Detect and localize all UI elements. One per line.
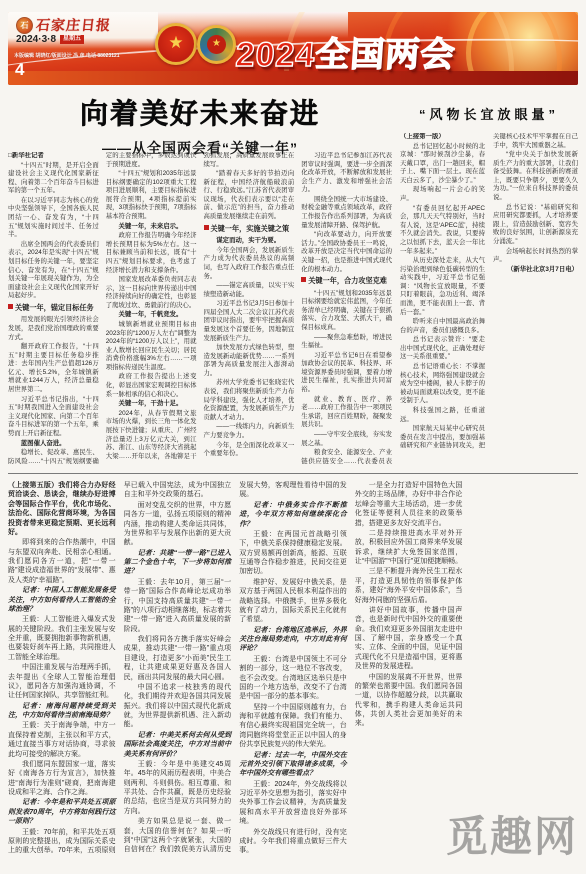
- article-paragraph: 王毅：在两国元首战略引领下，中俄关系保持健康稳定发展。双方贸易额再创新高，能源、…: [239, 530, 347, 577]
- article-paragraph: “十四五”时期，是开启全面建设社会主义现代化国家新征程、向着第二个百年奋斗目标进…: [8, 162, 99, 196]
- article-paragraph: 关键一年，合力攻坚克难: [301, 277, 392, 287]
- article-paragraph: 记者：中美关系何去何从受到国际社会高度关注，中方对当前中美关系有何评价？: [124, 731, 232, 759]
- article-paragraph: 记者：南海问题持续受到关注，中方如何看待当前南海局势？: [8, 702, 116, 721]
- article-paragraph: 二是持续推进高水平对外开放，积极回应外国工商界来华发展诉求，继续扩大免签国家范围…: [355, 529, 463, 567]
- article-paragraph: 习近平总书记指出，“十四五”时期我国进入全面建设社会主义现代化国家、向第二个百年…: [8, 396, 99, 439]
- newspaper-logo-icon: 石: [16, 17, 33, 34]
- section-divider: [8, 473, 578, 474]
- edition-info: 本版编辑 胡晓红/版面设计 冯 彦 电话 88023121: [14, 52, 120, 59]
- article-paragraph: 习近平总书记6日在看望参加政协会议的民革、科技界、环境资源界委员时强调，要着力增…: [301, 352, 392, 395]
- article-paragraph: 科技强国之路，任重道远。: [400, 407, 485, 424]
- article-paragraph: 中国注重发展与治理两手抓，去年提出《全球人工智能治理倡议》，愿同各方加强沟通协调…: [8, 663, 116, 701]
- article-paragraph: 记者：过去一年，中国外交在元首外交引领下取得诸多成果，今年中国外交有哪些看点？: [239, 751, 347, 779]
- article-paragraph: 蓝图催人奋进。: [8, 440, 99, 449]
- article-paragraph: 今年，是全面深化改革又一个重要年份。: [204, 442, 295, 459]
- article-paragraph: （上接第五版）我们将合力办好经贸洽谈会、恳谈会，继续办好进博会等国际合作平台，优…: [8, 481, 116, 537]
- article-paragraph: 政府工作报告提出上述变化，彰显出国家宏观调控目标体系一脉相承的信心和决心。: [106, 373, 197, 399]
- article-paragraph: “十四五”规划和2035年远景目标纲要绘就宏伟蓝图，今年任务清单已经明确，关键在…: [301, 290, 392, 333]
- article-paragraph: ——聚焦急难愁盼，增进民生福祉。: [301, 334, 392, 351]
- article-paragraph: 苏州大学党委书记张晓宏代表说，我们将聚焦新质生产力布局学科建设，强化人才培养，优…: [204, 379, 295, 422]
- weekday-badge: 星期五: [60, 35, 84, 44]
- article-paragraph: 习近平总书记参加江苏代表团审议时强调，要进一步全面深化改革开放，不断解放和发展社…: [301, 152, 392, 195]
- sidebar-article: “风物长宜放眼量” （上接第一版）总书记回忆起小时候的北京城：“那时候刮沙尘暴，…: [400, 96, 578, 468]
- article-paragraph: 我们将同各方携手落实好峰会成果，推动共建“一带一路”重点项目建设，打造更多“小而…: [124, 635, 232, 682]
- article-paragraph: 记者：今年是和平共处五项原则发表70周年，中方将如何践行这一原则？: [8, 798, 116, 826]
- article-paragraph: 会场响起长时间热烈的掌声。: [493, 248, 578, 265]
- article-paragraph: 总书记说：“基础研究和应用研究都要抓，人才培养要跟上，营造鼓励创新、宽容失败的良…: [493, 204, 578, 247]
- sidebar-article-title: “风物长宜放眼量”: [400, 104, 578, 123]
- article-paragraph: 在以习近平同志为核心的党中央坚强领导下，全国各族人民团结一心、奋发有为，“十四五…: [8, 197, 99, 240]
- event-title: 2024全国两会: [234, 27, 457, 76]
- article-paragraph: 总书记语重心长：不掌握核心技术，网络强国建设就会成为空中楼阁，被人卡脖子的被动局…: [400, 363, 485, 406]
- article-paragraph: 就业、教育、医疗、养老……政府工作报告中一项项民生承诺，回应百姓期盼，凝聚发展共…: [301, 396, 392, 430]
- article-paragraph: 总书记回忆起小时候的北京城：“那时候刮沙尘暴，春天戴口罩，出门一趟回来，帽子上、…: [400, 143, 485, 186]
- issue-date: 2024·3·8: [16, 34, 56, 45]
- section-marker-icon: [204, 225, 209, 230]
- article-paragraph: 记者：中国人工智能发展备受关注，中方如何看待人工智能的全球治理？: [8, 586, 116, 614]
- article-paragraph: 谋定而动，实干为要。: [204, 237, 295, 246]
- article-paragraph: 关键一年，干劲十足。: [106, 400, 197, 409]
- article-paragraph: 关键一年，千帆竞发。: [106, 311, 197, 320]
- article-paragraph: 记者：台湾地区选举后，外界关注台海局势走向，中方对此有何评论？: [239, 626, 347, 654]
- article-paragraph: 维护好、发展好中俄关系，是双方基于两国人民根本利益作出的战略选择。中俄携手，世界…: [239, 578, 347, 625]
- article-paragraph: “十四五”规划和2035年远景目标纲要确定的102项重大工程项目进展顺利，主要目…: [106, 170, 197, 221]
- newspaper-name: 石家庄日报: [35, 15, 112, 35]
- emblem-star-icon: ★: [168, 34, 183, 51]
- national-emblem-icon: ★: [155, 23, 197, 65]
- article-paragraph: 记者：共建“一带一路”已进入第二个金色十年，下一步将如何推进？: [124, 549, 232, 577]
- article-paragraph: 现场响起一片会心的笑声。: [400, 186, 485, 203]
- article-paragraph: 翻开政府工作报告，“十四五”时期主要目标任务稳步推进：去年国内生产总值超126万…: [8, 343, 99, 394]
- article-paragraph: 一是全力打造好中国特色大国外交的主场品牌，办好中非合作论坛峰会等重大主场活动，进…: [355, 481, 463, 528]
- article-paragraph: 王毅：关于南海争端，中方一直保持着克制，主张以和平方式，通过直接当事方对话协商，…: [8, 721, 116, 759]
- article-paragraph: 中国的发展离不开世界，世界的繁荣也需要中国。我们愿同各国一道，以协作超越分歧，以…: [355, 673, 463, 729]
- article-paragraph: 出席全国两会的代表委员们表示，2024年是实现“十四五”规划目标任务的关键一年，…: [8, 241, 99, 301]
- article-paragraph: 关键一年，实施关键之策: [204, 225, 295, 235]
- article-paragraph: 讲好中国故事，传播中国声音，也是新时代中国外交的重要使命。我们欢迎更多外国朋友走…: [355, 606, 463, 672]
- article-paragraph: “有委员回忆起开APEC会，那几天天气特别好，当时有人说，这是‘APEC蓝’，持…: [400, 205, 485, 256]
- article-paragraph: 我们愿同东盟国家一道，落实好《南海各方行为宣言》，加快推进“南海行为准则”磋商，…: [8, 760, 116, 798]
- article-paragraph: 关键一年，未来启示。: [106, 223, 197, 232]
- article-paragraph: □新华社记者: [8, 152, 99, 161]
- page-number: 4: [15, 60, 24, 80]
- article-paragraph: 总书记表示赞许：“要走出中国式现代化，正确处理好这一关系很重要。”: [400, 336, 485, 362]
- main-article-body: □新华社记者“十四五”时期，是开启全面建设社会主义现代化国家新征程、向着第二个百…: [8, 152, 392, 468]
- article-paragraph: 关键一年，锚定目标任务: [8, 304, 99, 314]
- article-paragraph: “踏着春天多好的节拍迈向新征程，中国经济航船破浪前行、行稳致远。”江苏省代表团审…: [204, 170, 295, 221]
- article-paragraph: 外交战线只有进行时，没有完成时。今年我们将重点做好三件大事。: [239, 828, 347, 856]
- article-paragraph: “党中央关于加快发展新质生产力的重大部署，让我们备受鼓舞。在科技创新的赛道上，既…: [493, 151, 578, 202]
- main-headline: 向着美好未来奋进 ——从全国两会看“关键一年”: [8, 92, 392, 158]
- section-marker-icon: [8, 304, 13, 309]
- article-paragraph: 国家发展改革委负责同志表示，这一目标向世界传递出中国经济持续向好的确定性，也彰显…: [106, 276, 197, 310]
- main-article-title: 向着美好未来奋进: [8, 92, 392, 132]
- emblem-star-icon: ★: [212, 39, 221, 49]
- article-paragraph: 加快发展方式绿色转型，塑造发展新动能新优势……一系列部署为高质量发展注入澎湃动力…: [204, 344, 295, 378]
- article-paragraph: 记者：中俄务实合作不断推进，今年双方将如何继续深化合作？: [239, 501, 347, 529]
- article-paragraph: 今年全国两会，发展新质生产力成为代表委员热议的高频词，也写入政府工作报告重点任务…: [204, 247, 295, 281]
- article-paragraph: 城镇新增就业预期目标由2023年的“1200万人左右”调整为2024年的“120…: [106, 321, 197, 372]
- article-paragraph: 从历史深处走来，从大气污染治理到绿色低碳转型的生动实践中，习近平总书记强调：“风…: [400, 257, 485, 317]
- article-paragraph: 王毅：人工智能进入爆发式发展的关键阶段。我们主张发展与安全并重，既要拥抱新事物新…: [8, 615, 116, 662]
- article-paragraph: 中国不追求一枝独秀的现代化，我们期待并欢迎各国共同发展振兴。我们将以中国式现代化…: [124, 683, 232, 730]
- article-paragraph: 围绕全国统一大市场建设、财税金融等重点领域改革，政府工作报告作出系列部署，为高质…: [301, 196, 392, 230]
- article-paragraph: “向改革要动力，向开放要活力。”全国政协委员王一鸣说，改革开放是决定当代中国命运…: [301, 231, 392, 274]
- article-paragraph: 即将到来的合作热潮中，中国与东盟双向奔赴、民相亲心相通。我们愿同各方一道，把“一…: [8, 538, 116, 585]
- article-paragraph: 面对变乱交织的世界，中方愿同各方一道，弘扬五项原则的精神内涵，推动构建人类命运共…: [124, 501, 232, 548]
- site-watermark: 觅趣网: [446, 804, 578, 864]
- article-paragraph: 三是不断提升海外民生工程水平，打造更具韧性的领事保护体系，建好“海外平安中国体系…: [355, 567, 463, 605]
- article-paragraph: 王毅：2024年，外交战线将以习近平外交思想为指引，落实好中央外事工作会议精神，…: [239, 780, 347, 827]
- article-paragraph: 王毅：今年是中美建交45周年。45年的风雨历程表明，中美合则两利、斗则俱伤。相互…: [124, 760, 232, 816]
- article-paragraph: （新华社北京3月7日电）: [493, 266, 578, 275]
- masthead: 石 石家庄日报 2024·3·8 星期五 本版编辑 胡晓红/版面设计 冯 彦 电…: [8, 12, 158, 85]
- article-paragraph: ——一线练内力，向新质生产力要竞争力。: [204, 423, 295, 440]
- article-paragraph: ——锚定高质量，以实干实绩塑造新动能。: [204, 282, 295, 299]
- article-paragraph: ——守牢安全底线，夯实发展之基。: [301, 431, 392, 448]
- article-paragraph: （上接第一版）: [400, 133, 485, 142]
- sidebar-article-body: （上接第一版）总书记回忆起小时候的北京城：“那时候刮沙尘暴，春天戴口罩，出门一趟…: [400, 133, 578, 463]
- cppcc-emblem-icon: ★: [197, 25, 236, 64]
- article-paragraph: 用发展的眼光引领经济社会发展，是我们党治国理政的重要方式。: [8, 316, 99, 342]
- article-paragraph: 政府工作报告明确今年经济增长预期目标为5%左右。这一目标兼顾当前和长远，既有“十…: [106, 232, 197, 275]
- section-marker-icon: [301, 277, 306, 282]
- article-paragraph: 王毅：台湾是中国领土不可分割的一部分，这一地位不容改变，也不会改变。台湾地区选举…: [239, 655, 347, 702]
- page-banner: 石 石家庄日报 2024·3·8 星期五 本版编辑 胡晓红/版面设计 冯 彦 电…: [8, 12, 578, 85]
- article-paragraph: 王毅：去年10月，第三届“一带一路”国际合作高峰论坛成功举行，中国支持高质量共建…: [124, 578, 232, 634]
- newspaper-page: 石 石家庄日报 2024·3·8 星期五 本版编辑 胡晓红/版面设计 冯 彦 电…: [0, 0, 586, 874]
- article-paragraph: 坚持一个中国原则越有力，台海和平就越有保障。我们有能力、有信心最终实现祖国完全统…: [239, 703, 347, 750]
- article-paragraph: 习近平总书记3月5日参加十四届全国人大二次会议江苏代表团审议时指出，要牢牢把握高…: [204, 300, 295, 343]
- article-paragraph: 聆听来自中国最高政治舞台的声音，委员们感慨良多。: [400, 318, 485, 335]
